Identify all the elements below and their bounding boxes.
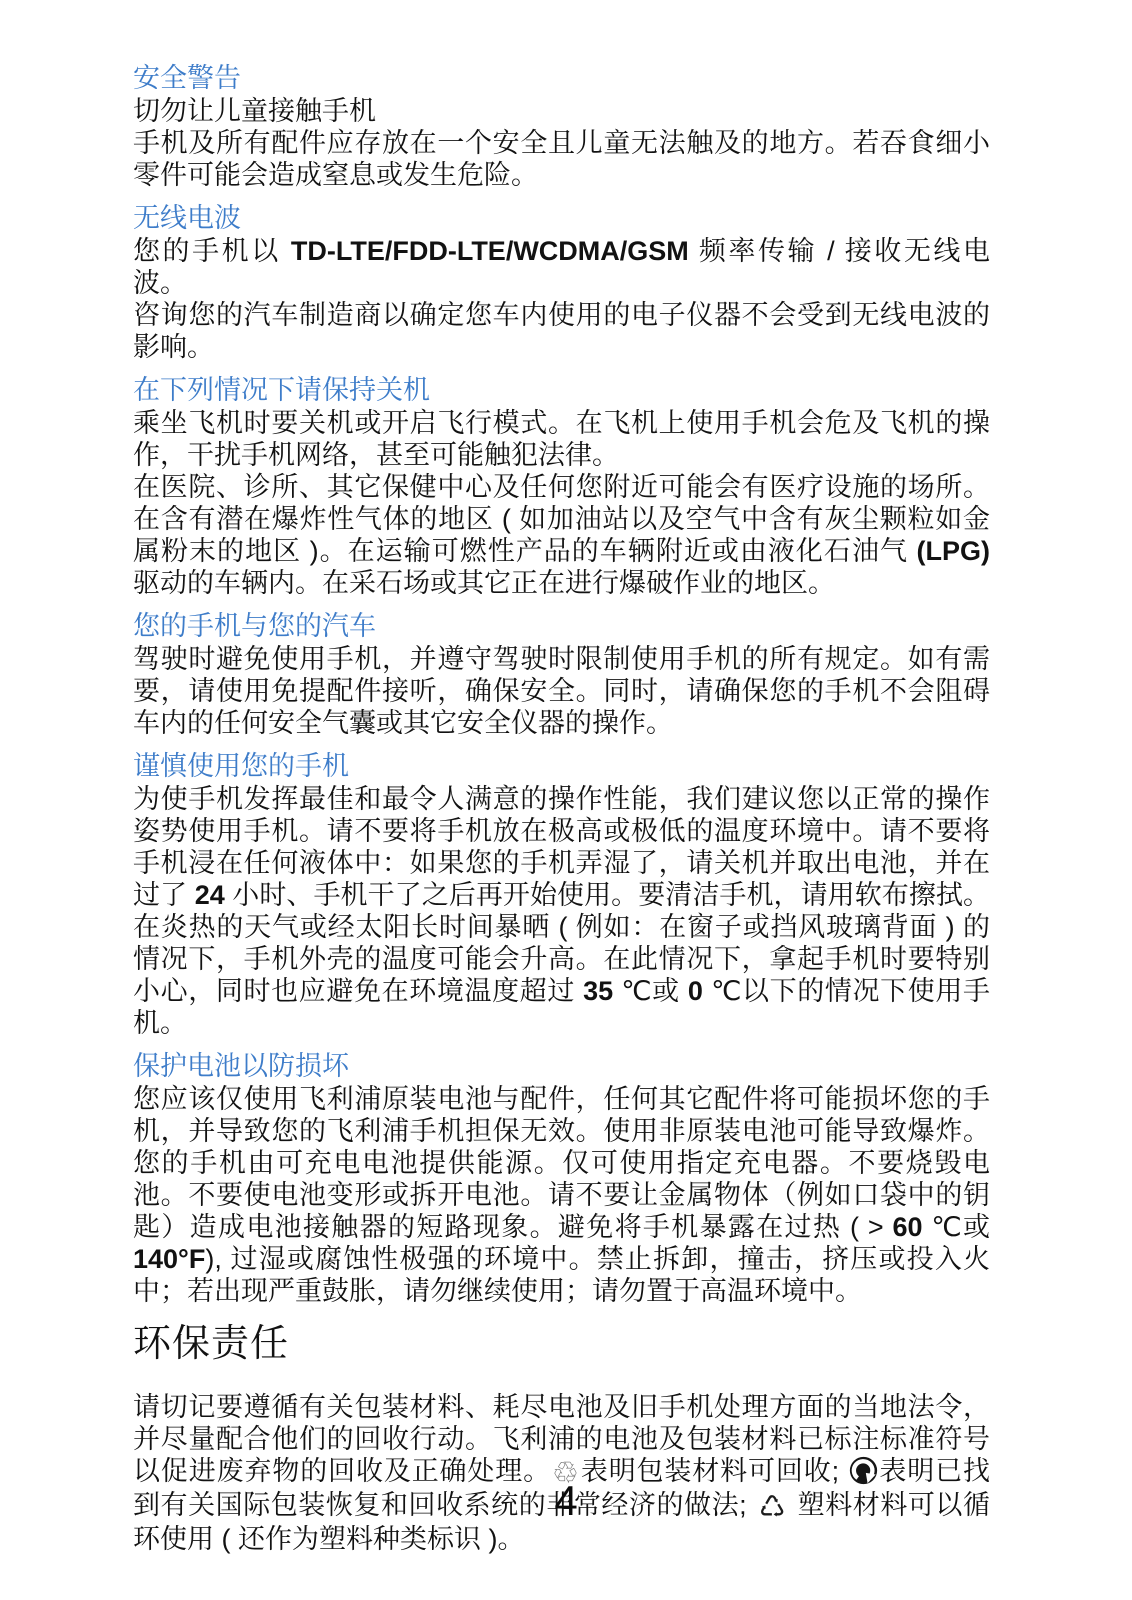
section-eco-heading: 环保责任 [133,1321,990,1367]
page-number: 4 [0,1478,1132,1524]
section-safety-heading: 安全警告 [133,62,990,95]
text-run: ℃或 [923,1212,990,1242]
careful-use-paragraph: 为使手机发挥最佳和最令人满意的操作性能，我们建议您以正常的操作姿势使用手机。请不… [133,783,990,1039]
power-off-paragraph-1: 乘坐飞机时要关机或开启飞行模式。在飞机上使用手机会危及飞机的操作，干扰手机网络，… [133,407,990,471]
eco-paragraph: 请切记要遵循有关包装材料、耗尽电池及旧手机处理方面的当地法令，并尽量配合他们的回… [133,1391,990,1555]
network-bands-text: TD-LTE/FDD-LTE/WCDMA/GSM [291,236,689,266]
temp-35-text: 35 [583,976,613,1006]
text-run: 驱动的车辆内。在采石场或其它正在进行爆破作业的地区。 [133,568,835,598]
page-content: 安全警告 切勿让儿童接触手机 手机及所有配件应存放在一个安全且儿童无法触及的地方… [133,62,990,1555]
power-off-paragraph-2: 在医院、诊所、其它保健中心及任何您附近可能会有医疗设施的场所。在含有潜在爆炸性气… [133,471,990,599]
temp-0-text: 0 [688,976,703,1006]
text-run: 您的手机以 [133,236,291,266]
section-power-off-heading: 在下列情况下请保持关机 [133,374,990,407]
text-run: 在医院、诊所、其它保健中心及任何您附近可能会有医疗设施的场所。在含有潜在爆炸性气… [133,472,990,566]
hours-24-text: 24 [195,880,225,910]
section-careful-use-heading: 谨慎使用您的手机 [133,750,990,783]
section-radio-heading: 无线电波 [133,202,990,235]
car-paragraph: 驾驶时避免使用手机，并遵守驾驶时限制使用手机的所有规定。如有需要，请使用免提配件… [133,643,990,739]
radio-paragraph-2: 咨询您的汽车制造商以确定您车内使用的电子仪器不会受到无线电波的影响。 [133,299,990,363]
temp-60-text: 60 [892,1212,922,1242]
manual-page: 安全警告 切勿让儿童接触手机 手机及所有配件应存放在一个安全且儿童无法触及的地方… [0,0,1132,1600]
temp-140f-text: 140°F [133,1244,205,1274]
battery-paragraph: 您应该仅使用飞利浦原装电池与配件，任何其它配件将可能损坏您的手机，并导致您的飞利… [133,1083,990,1307]
text-run: ℃或 [613,976,688,1006]
section-car-heading: 您的手机与您的汽车 [133,610,990,643]
lpg-text: (LPG) [917,536,991,566]
text-run: 您应该仅使用飞利浦原装电池与配件，任何其它配件将可能损坏您的手机，并导致您的飞利… [133,1084,990,1242]
safety-paragraph: 手机及所有配件应存放在一个安全且儿童无法触及的地方。若吞食细小零件可能会造成窒息… [133,127,990,191]
section-battery-heading: 保护电池以防损坏 [133,1050,990,1083]
text-run: ), 过湿或腐蚀性极强的环境中。禁止拆卸，撞击，挤压或投入火中；若出现严重鼓胀，… [133,1244,990,1306]
radio-paragraph-1: 您的手机以 TD-LTE/FDD-LTE/WCDMA/GSM 频率传输 / 接收… [133,235,990,299]
safety-subheading-text: 切勿让儿童接触手机 [133,95,990,127]
